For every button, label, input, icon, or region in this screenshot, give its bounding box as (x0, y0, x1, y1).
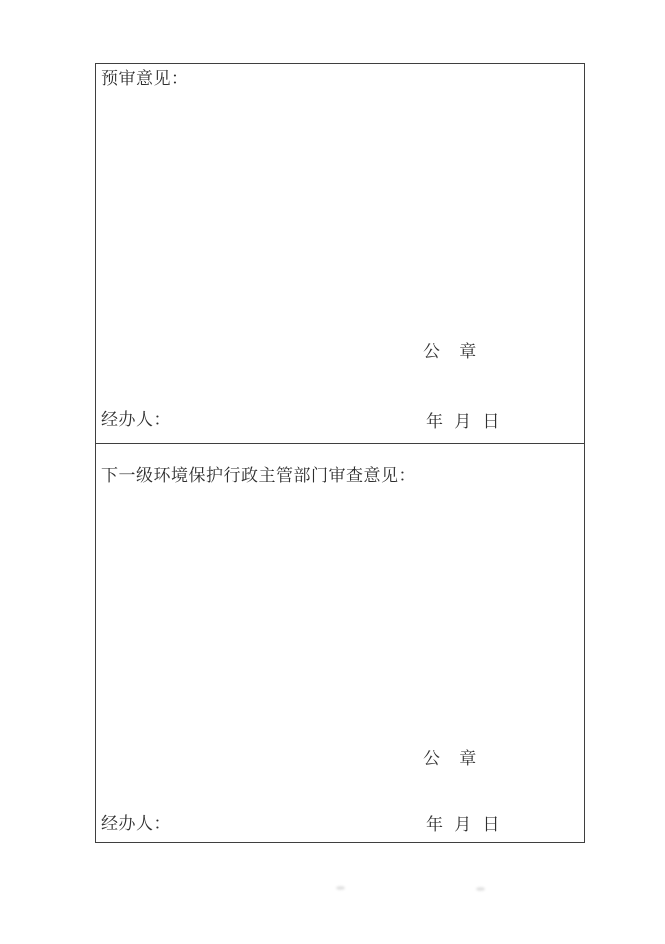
section-preliminary-review: 预审意见： 公 章 经办人： 年 月 日 (96, 64, 584, 444)
date-placeholder-label: 年 月 日 (426, 814, 500, 835)
scan-artifact-speck (336, 886, 345, 890)
scan-artifact-speck (476, 887, 485, 891)
section-next-level-review: 下一级环境保护行政主管部门审查意见： 公 章 经办人： 年 月 日 (96, 444, 584, 843)
handler-label: 经办人： (101, 813, 171, 834)
official-seal-label: 公 章 (423, 341, 477, 362)
next-level-review-title: 下一级环境保护行政主管部门审查意见： (101, 465, 416, 486)
preliminary-review-title: 预审意见： (101, 68, 189, 89)
scanned-form-page: 预审意见： 公 章 经办人： 年 月 日 下一级环境保护行政主管部门审查意见： … (0, 0, 665, 944)
review-opinion-table: 预审意见： 公 章 经办人： 年 月 日 下一级环境保护行政主管部门审查意见： … (95, 63, 585, 843)
handler-label: 经办人： (101, 409, 171, 430)
official-seal-label: 公 章 (423, 748, 477, 769)
date-placeholder-label: 年 月 日 (426, 411, 500, 432)
